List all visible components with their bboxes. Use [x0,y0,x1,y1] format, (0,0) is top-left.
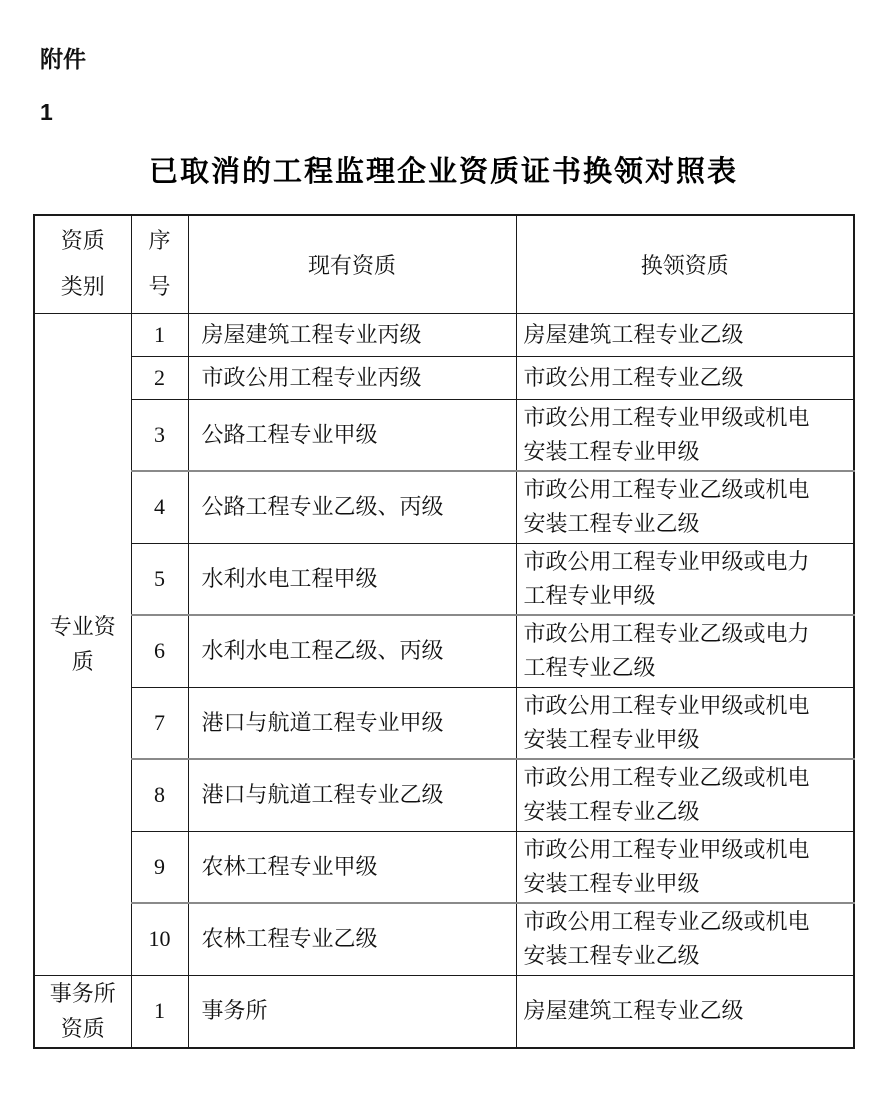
serial-cell: 8 [131,759,188,831]
exchange-cell: 市政公用工程专业甲级或机电 安装工程专业甲级 [516,831,854,903]
table-row: 7 港口与航道工程专业甲级 市政公用工程专业甲级或机电 安装工程专业甲级 [34,687,854,759]
exchange-cell: 市政公用工程专业乙级或机电 安装工程专业乙级 [516,759,854,831]
current-cell: 农林工程专业乙级 [188,903,516,975]
category-cell-firm: 事务所 资质 [34,975,131,1048]
column-header-exchange: 换领资质 [516,215,854,313]
exchange-cell: 房屋建筑工程专业乙级 [516,313,854,356]
serial-cell: 4 [131,471,188,543]
table-row: 专业资 质 1 房屋建筑工程专业丙级 房屋建筑工程专业乙级 [34,313,854,356]
table-row: 2 市政公用工程专业丙级 市政公用工程专业乙级 [34,356,854,399]
table-row: 3 公路工程专业甲级 市政公用工程专业甲级或机电 安装工程专业甲级 [34,399,854,471]
serial-cell: 3 [131,399,188,471]
current-cell: 港口与航道工程专业甲级 [188,687,516,759]
exchange-cell: 房屋建筑工程专业乙级 [516,975,854,1048]
table-row: 事务所 资质 1 事务所 房屋建筑工程专业乙级 [34,975,854,1048]
exchange-cell: 市政公用工程专业甲级或机电 安装工程专业甲级 [516,399,854,471]
qualification-exchange-table: 资质 类别 序 号 现有资质 换领资质 专业资 质 1 房屋建筑工程专业丙级 房… [33,214,855,1049]
serial-cell: 5 [131,543,188,615]
table-row: 10 农林工程专业乙级 市政公用工程专业乙级或机电 安装工程专业乙级 [34,903,854,975]
attachment-label: 附件 [40,44,887,75]
serial-cell: 9 [131,831,188,903]
table-row: 9 农林工程专业甲级 市政公用工程专业甲级或机电 安装工程专业甲级 [34,831,854,903]
current-cell: 水利水电工程乙级、丙级 [188,615,516,687]
current-cell: 水利水电工程甲级 [188,543,516,615]
attachment-number: 1 [40,97,887,128]
column-header-serial: 序 号 [131,215,188,313]
exchange-cell: 市政公用工程专业乙级或机电 安装工程专业乙级 [516,471,854,543]
current-cell: 公路工程专业乙级、丙级 [188,471,516,543]
table-row: 5 水利水电工程甲级 市政公用工程专业甲级或电力 工程专业甲级 [34,543,854,615]
document-page: 附件 1 已取消的工程监理企业资质证书换领对照表 资质 类别 序 号 现有资质 … [0,0,887,1106]
serial-cell: 6 [131,615,188,687]
page-title: 已取消的工程监理企业资质证书换领对照表 [0,152,887,193]
serial-cell: 10 [131,903,188,975]
serial-cell: 1 [131,313,188,356]
column-header-current: 现有资质 [188,215,516,313]
table-row: 6 水利水电工程乙级、丙级 市政公用工程专业乙级或电力 工程专业乙级 [34,615,854,687]
current-cell: 事务所 [188,975,516,1048]
category-cell-professional: 专业资 质 [34,313,131,975]
current-cell: 农林工程专业甲级 [188,831,516,903]
current-cell: 市政公用工程专业丙级 [188,356,516,399]
current-cell: 公路工程专业甲级 [188,399,516,471]
exchange-cell: 市政公用工程专业甲级或机电 安装工程专业甲级 [516,687,854,759]
serial-cell: 7 [131,687,188,759]
column-header-category: 资质 类别 [34,215,131,313]
current-cell: 港口与航道工程专业乙级 [188,759,516,831]
table-row: 8 港口与航道工程专业乙级 市政公用工程专业乙级或机电 安装工程专业乙级 [34,759,854,831]
exchange-cell: 市政公用工程专业乙级或机电 安装工程专业乙级 [516,903,854,975]
exchange-cell: 市政公用工程专业甲级或电力 工程专业甲级 [516,543,854,615]
serial-cell: 1 [131,975,188,1048]
table-header-row: 资质 类别 序 号 现有资质 换领资质 [34,215,854,313]
exchange-cell: 市政公用工程专业乙级 [516,356,854,399]
current-cell: 房屋建筑工程专业丙级 [188,313,516,356]
table-row: 4 公路工程专业乙级、丙级 市政公用工程专业乙级或机电 安装工程专业乙级 [34,471,854,543]
exchange-cell: 市政公用工程专业乙级或电力 工程专业乙级 [516,615,854,687]
serial-cell: 2 [131,356,188,399]
